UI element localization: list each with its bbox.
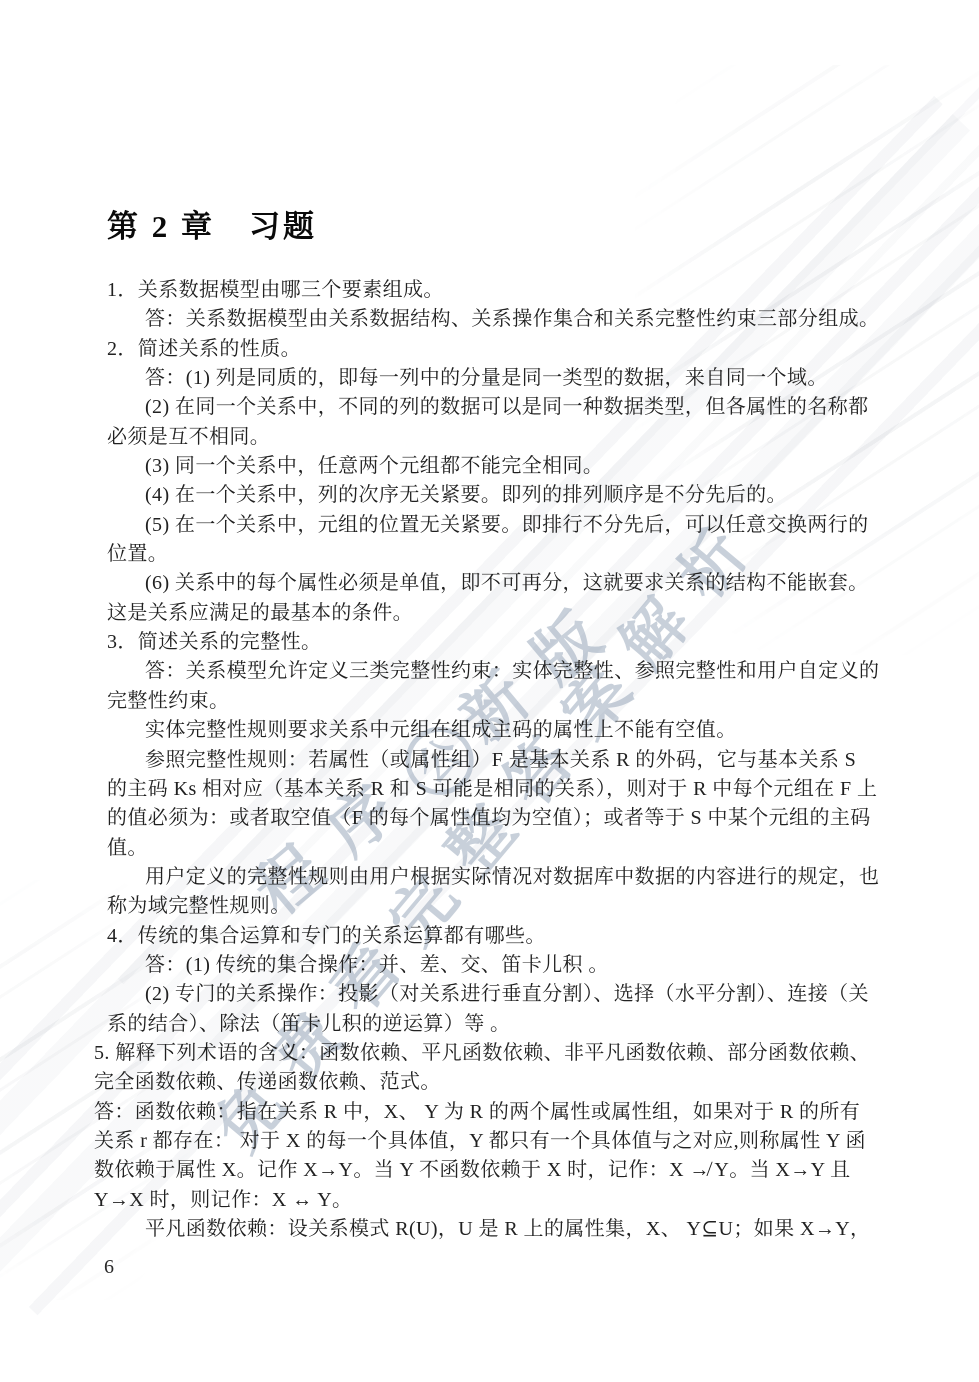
text-line: 系的结合）、除法（笛卡儿积的逆运算）等 。 xyxy=(107,1010,867,1039)
text-line: 称为域完整性规则。 xyxy=(107,892,867,921)
text-line: (3) 同一个关系中，任意两个元组都不能完全相同。 xyxy=(107,452,867,481)
text-line: 用户定义的完整性规则由用户根据实际情况对数据库中数据的内容进行的规定，也 xyxy=(107,863,867,892)
page-content: 1．关系数据模型由哪三个要素组成。 答：关系数据模型由关系数据结构、关系操作集合… xyxy=(107,276,867,1244)
text-line: (5) 在一个关系中，元组的位置无关紧要。即排行不分先后，可以任意交换两行的 xyxy=(107,511,867,540)
text-line: 平凡函数依赖：设关系模式 R(U)，U 是 R 上的属性集，X、 Y⊆U；如果 … xyxy=(107,1215,867,1244)
text-line: 完全函数依赖、传递函数依赖、范式。 xyxy=(94,1068,867,1097)
text-line: 这是关系应满足的最基本的条件。 xyxy=(107,599,867,628)
text-line: 参照完整性规则：若属性（或属性组）F 是基本关系 R 的外码，它与基本关系 S xyxy=(107,746,867,775)
text-line: 答：(1) 传统的集合操作：并、差、交、笛卡儿积 。 xyxy=(107,951,867,980)
text-line: Y→X 时，则记作：X ↔ Y。 xyxy=(94,1186,867,1215)
text-line: (6) 关系中的每个属性必须是单值，即不可再分，这就要求关系的结构不能嵌套。 xyxy=(107,569,867,598)
text-line: (4) 在一个关系中，列的次序无关紧要。即列的排列顺序是不分先后的。 xyxy=(107,481,867,510)
text-line: 答：关系数据模型由关系数据结构、关系操作集合和关系完整性约束三部分组成。 xyxy=(107,305,867,334)
text-line: 数依赖于属性 X。记作 X→Y。当 Y 不函数依赖于 X 时，记作：X ↛ Y。… xyxy=(94,1156,867,1185)
text-line: 实体完整性规则要求关系中元组在组成主码的属性上不能有空值。 xyxy=(107,716,867,745)
text-line: 5. 解释下列术语的含义：函数依赖、平凡函数依赖、非平凡函数依赖、部分函数依赖、 xyxy=(94,1039,867,1068)
document-page: 程序公新版 免费看完整答案解析 第 2 章 习题 1．关系数据模型由哪三个要素组… xyxy=(0,0,979,1382)
text-line: 答：(1) 列是同质的，即每一列中的分量是同一类型的数据，来自同一个域。 xyxy=(107,364,867,393)
text-line: 3．简述关系的完整性。 xyxy=(107,628,867,657)
text-line: 答：关系模型允许定义三类完整性约束：实体完整性、参照完整性和用户自定义的 xyxy=(107,657,867,686)
text-line: 答：函数依赖：指在关系 R 中，X、 Y 为 R 的两个属性或属性组，如果对于 … xyxy=(94,1098,867,1127)
text-line: 必须是互不相同。 xyxy=(107,423,867,452)
text-line: (2) 专门的关系操作：投影（对关系进行垂直分割）、选择（水平分割）、连接（关 xyxy=(107,980,867,1009)
text-line: 的值必须为：或者取空值（F 的每个属性值均为空值）；或者等于 S 中某个元组的主… xyxy=(107,804,867,833)
text-line: 关系 r 都存在： 对于 X 的每一个具体值，Y 都只有一个具体值与之对应,则称… xyxy=(94,1127,867,1156)
text-line: 4．传统的集合运算和专门的关系运算都有哪些。 xyxy=(107,922,867,951)
text-line: 2．简述关系的性质。 xyxy=(107,335,867,364)
text-line: 位置。 xyxy=(107,540,867,569)
text-line: 的主码 Ks 相对应（基本关系 R 和 S 可能是相同的关系），则对于 R 中每… xyxy=(107,775,867,804)
text-line: 值。 xyxy=(107,834,867,863)
text-line: 完整性约束。 xyxy=(107,687,867,716)
text-line: 1．关系数据模型由哪三个要素组成。 xyxy=(107,276,867,305)
text-line: (2) 在同一个关系中，不同的列的数据可以是同一种数据类型，但各属性的名称都 xyxy=(107,393,867,422)
chapter-heading: 第 2 章 习题 xyxy=(107,207,317,247)
page-number: 6 xyxy=(104,1256,114,1279)
